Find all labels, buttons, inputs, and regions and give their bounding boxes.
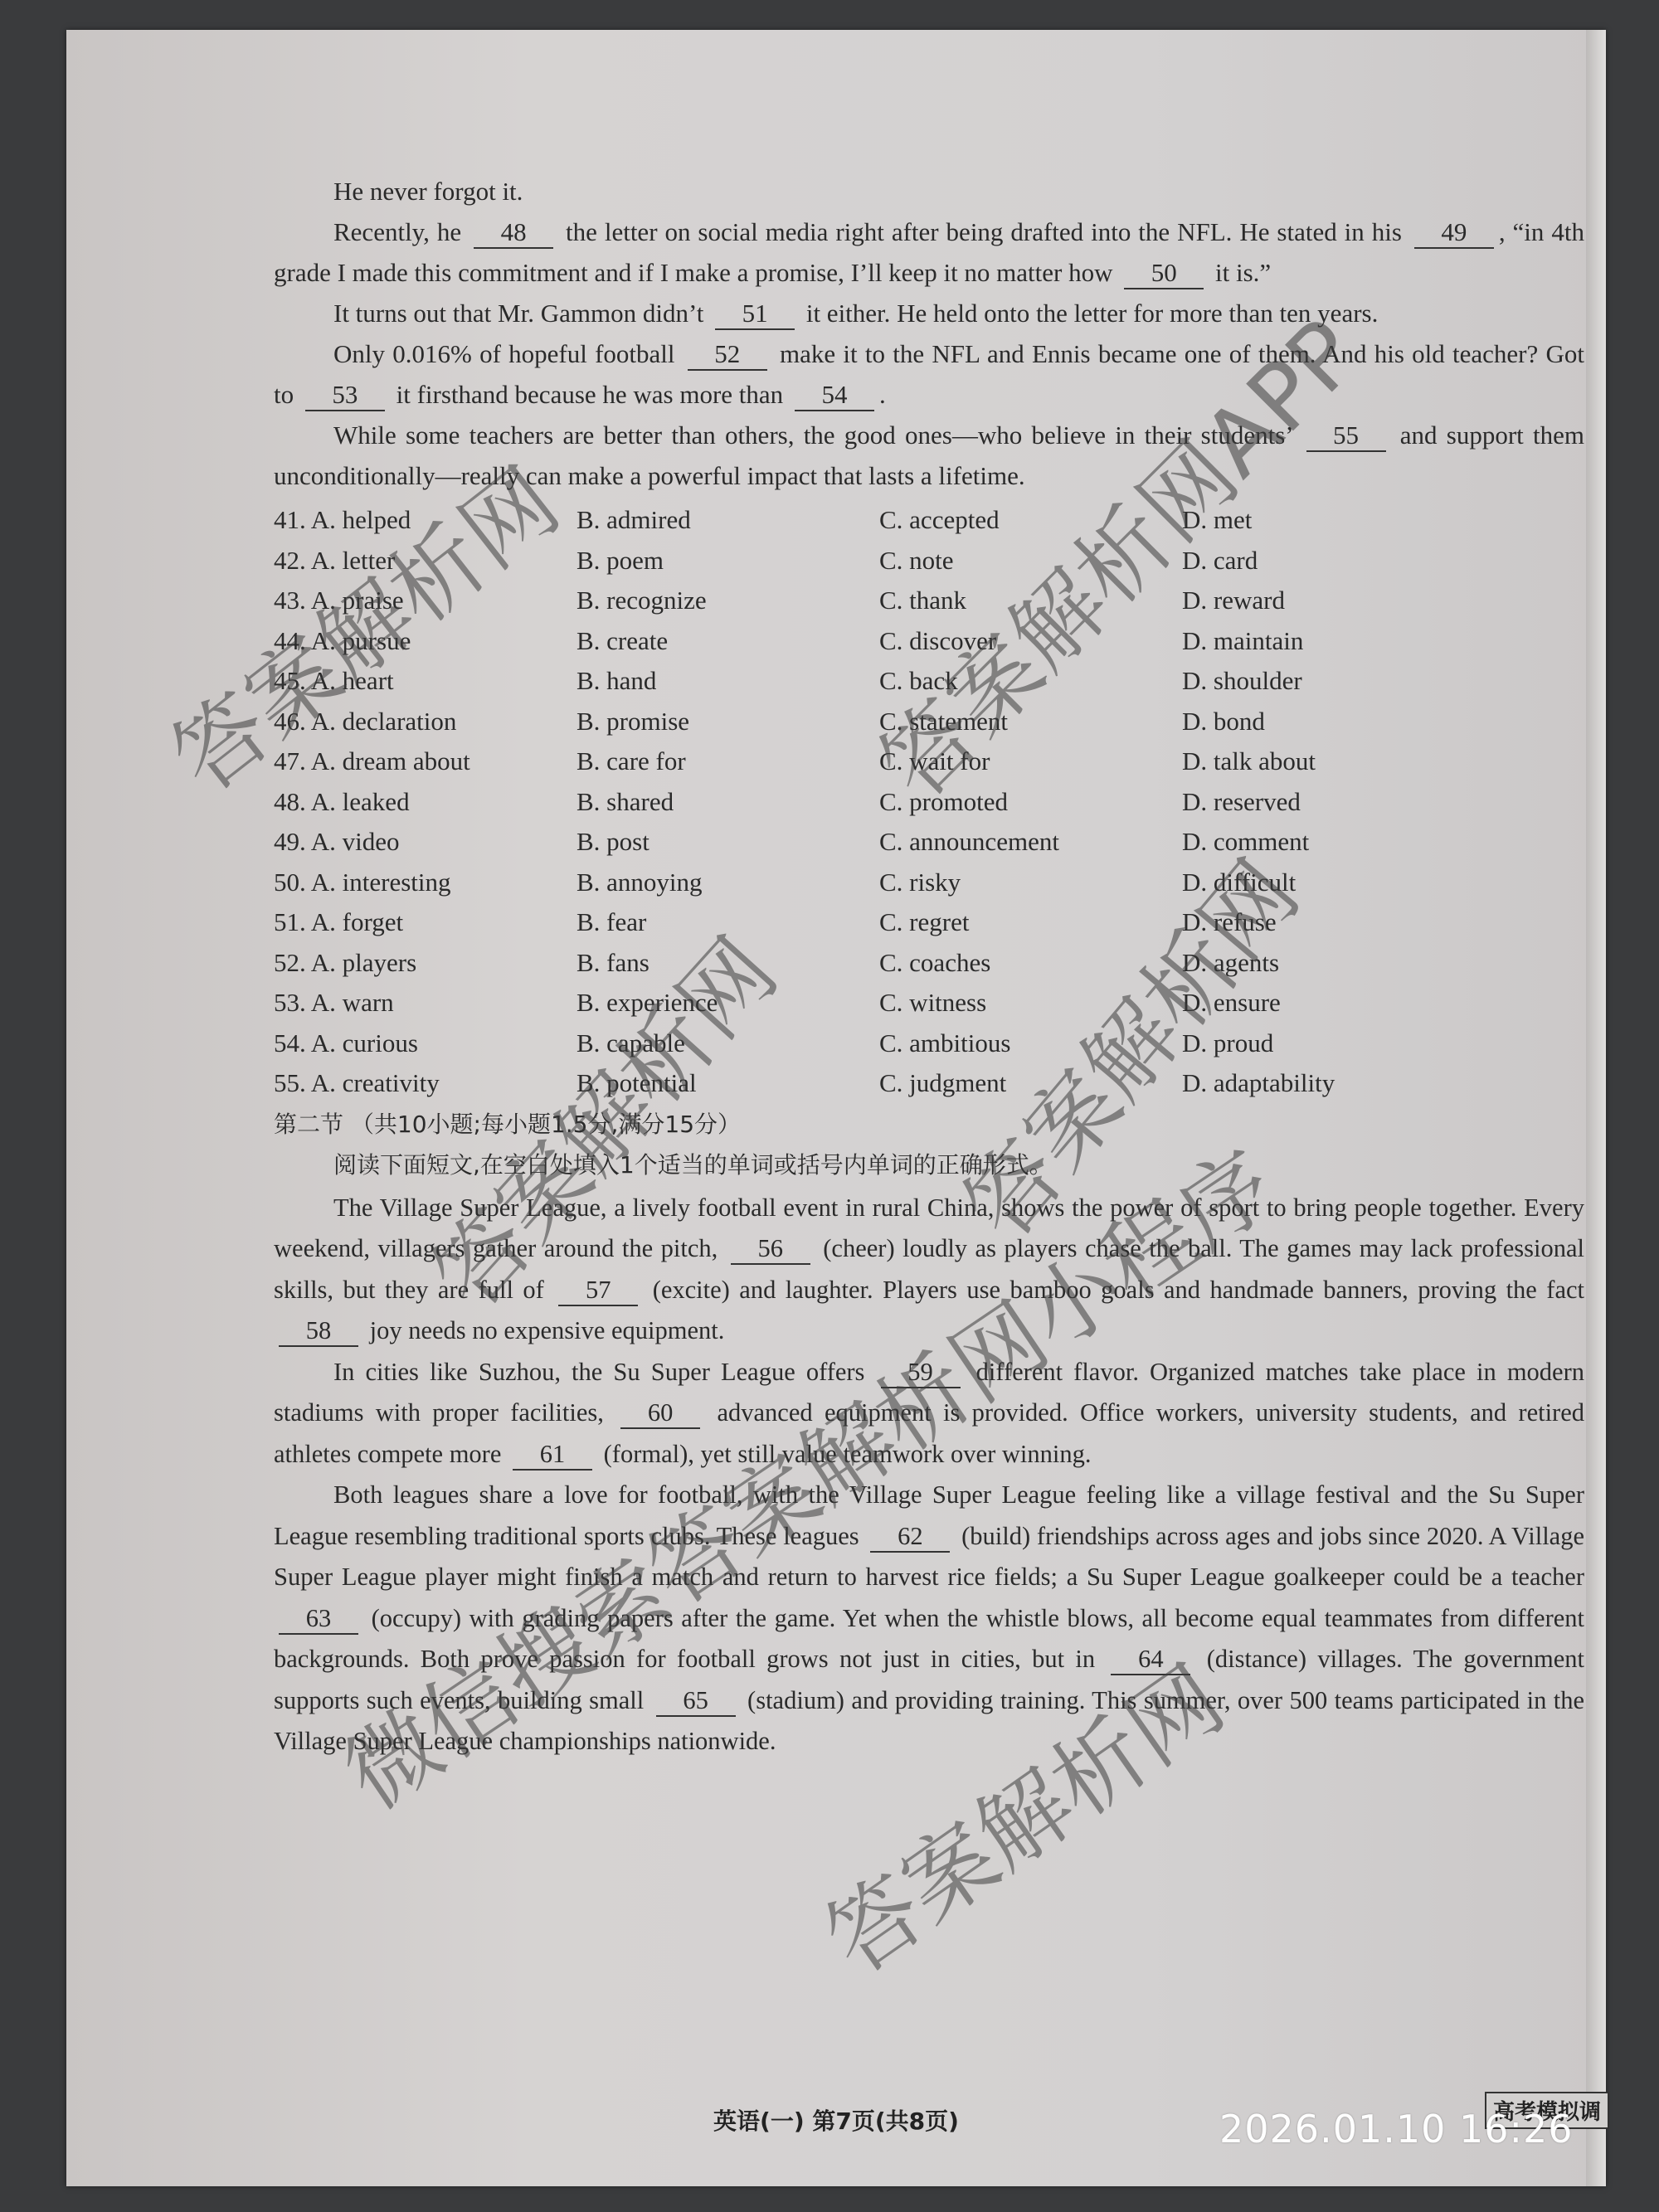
question-50-options: 50. A. interestingB. annoyingC. riskyD. …	[274, 862, 1584, 902]
option-a: 46. A. declaration	[274, 701, 577, 741]
option-d: D. met	[1182, 499, 1485, 540]
cloze-passage: He never forgot it.Recently, he 48 the l…	[274, 171, 1584, 496]
blank-49: 49	[1414, 217, 1494, 249]
option-a: 54. A. curious	[274, 1023, 577, 1063]
option-a: 45. A. heart	[274, 660, 577, 701]
option-d: D. card	[1182, 540, 1485, 581]
option-a: 41. A. helped	[274, 499, 577, 540]
option-a: 55. A. creativity	[274, 1062, 577, 1103]
question-55-options: 55. A. creativityB. potentialC. judgment…	[274, 1062, 1584, 1103]
option-b: B. potential	[577, 1062, 879, 1103]
option-c: C. accepted	[879, 499, 1182, 540]
paragraph: The Village Super League, a lively footb…	[274, 1188, 1584, 1352]
paragraph: Only 0.016% of hopeful football 52 make …	[274, 333, 1584, 415]
options-list: 41. A. helpedB. admiredC. acceptedD. met…	[274, 499, 1584, 1103]
question-45-options: 45. A. heartB. handC. backD. shoulder	[274, 660, 1584, 701]
question-48-options: 48. A. leakedB. sharedC. promotedD. rese…	[274, 781, 1584, 822]
option-a: 44. A. pursue	[274, 620, 577, 661]
paragraph: Recently, he 48 the letter on social med…	[274, 211, 1584, 293]
question-54-options: 54. A. curiousB. capableC. ambitiousD. p…	[274, 1023, 1584, 1063]
option-d: D. reward	[1182, 580, 1485, 620]
option-c: C. judgment	[879, 1062, 1182, 1103]
blank-58: 58	[279, 1315, 358, 1347]
option-b: B. post	[577, 821, 879, 862]
option-b: B. poem	[577, 540, 879, 581]
paragraph: In cities like Suzhou, the Su Super Leag…	[274, 1352, 1584, 1475]
question-47-options: 47. A. dream aboutB. care forC. wait for…	[274, 741, 1584, 781]
blank-57: 57	[558, 1275, 638, 1306]
question-53-options: 53. A. warnB. experienceC. witnessD. ens…	[274, 982, 1584, 1023]
option-c: C. discover	[879, 620, 1182, 661]
blank-50: 50	[1124, 258, 1204, 289]
option-b: B. care for	[577, 741, 879, 781]
option-a: 52. A. players	[274, 942, 577, 983]
question-49-options: 49. A. videoB. postC. announcementD. com…	[274, 821, 1584, 862]
option-a: 47. A. dream about	[274, 741, 577, 781]
blank-56: 56	[731, 1233, 810, 1265]
paragraph: Both leagues share a love for football, …	[274, 1475, 1584, 1762]
option-c: C. thank	[879, 580, 1182, 620]
option-b: B. annoying	[577, 862, 879, 902]
option-c: C. statement	[879, 701, 1182, 741]
blank-59: 59	[881, 1357, 961, 1388]
question-51-options: 51. A. forgetB. fearC. regretD. refuse	[274, 902, 1584, 942]
option-b: B. fear	[577, 902, 879, 942]
option-b: B. promise	[577, 701, 879, 741]
section-2-heading: 第二节 （共10小题;每小题1.5分,满分15分）	[274, 1105, 1584, 1145]
question-43-options: 43. A. praiseB. recognizeC. thankD. rewa…	[274, 580, 1584, 620]
option-c: C. back	[879, 660, 1182, 701]
blank-53: 53	[305, 380, 385, 411]
option-d: D. bond	[1182, 701, 1485, 741]
question-41-options: 41. A. helpedB. admiredC. acceptedD. met	[274, 499, 1584, 540]
blank-52: 52	[688, 339, 767, 371]
option-d: D. adaptability	[1182, 1062, 1485, 1103]
question-42-options: 42. A. letterB. poemC. noteD. card	[274, 540, 1584, 581]
paragraph: It turns out that Mr. Gammon didn’t 51 i…	[274, 293, 1584, 333]
option-d: D. comment	[1182, 821, 1485, 862]
paper-edge	[1586, 30, 1606, 2186]
exam-paper: He never forgot it.Recently, he 48 the l…	[66, 30, 1606, 2186]
option-a: 48. A. leaked	[274, 781, 577, 822]
option-d: D. shoulder	[1182, 660, 1485, 701]
question-46-options: 46. A. declarationB. promiseC. statement…	[274, 701, 1584, 741]
option-b: B. create	[577, 620, 879, 661]
option-b: B. admired	[577, 499, 879, 540]
option-c: C. announcement	[879, 821, 1182, 862]
option-d: D. difficult	[1182, 862, 1485, 902]
option-a: 50. A. interesting	[274, 862, 577, 902]
option-b: B. hand	[577, 660, 879, 701]
option-c: C. risky	[879, 862, 1182, 902]
option-a: 53. A. warn	[274, 982, 577, 1023]
page-content: He never forgot it.Recently, he 48 the l…	[274, 171, 1584, 1762]
option-b: B. fans	[577, 942, 879, 983]
option-d: D. talk about	[1182, 741, 1485, 781]
blank-54: 54	[795, 380, 874, 411]
option-c: C. witness	[879, 982, 1182, 1023]
grammar-fill-passage: The Village Super League, a lively footb…	[274, 1188, 1584, 1762]
section-2-instruction: 阅读下面短文,在空白处填入1个适当的单词或括号内单词的正确形式。	[274, 1145, 1584, 1186]
option-d: D. proud	[1182, 1023, 1485, 1063]
option-d: D. agents	[1182, 942, 1485, 983]
option-b: B. shared	[577, 781, 879, 822]
option-b: B. experience	[577, 982, 879, 1023]
option-a: 42. A. letter	[274, 540, 577, 581]
option-c: C. promoted	[879, 781, 1182, 822]
option-c: C. wait for	[879, 741, 1182, 781]
blank-60: 60	[620, 1398, 700, 1429]
option-c: C. ambitious	[879, 1023, 1182, 1063]
question-44-options: 44. A. pursueB. createC. discoverD. main…	[274, 620, 1584, 661]
photo-timestamp: 2026.01.10 16:26	[1219, 2107, 1574, 2151]
blank-51: 51	[715, 299, 795, 330]
option-d: D. maintain	[1182, 620, 1485, 661]
option-d: D. ensure	[1182, 982, 1485, 1023]
blank-63: 63	[279, 1603, 358, 1635]
blank-61: 61	[513, 1439, 592, 1471]
blank-62: 62	[870, 1521, 950, 1553]
option-d: D. refuse	[1182, 902, 1485, 942]
blank-64: 64	[1111, 1644, 1190, 1675]
option-b: B. recognize	[577, 580, 879, 620]
option-b: B. capable	[577, 1023, 879, 1063]
option-c: C. coaches	[879, 942, 1182, 983]
option-a: 49. A. video	[274, 821, 577, 862]
option-d: D. reserved	[1182, 781, 1485, 822]
paragraph: While some teachers are better than othe…	[274, 415, 1584, 496]
paragraph: He never forgot it.	[274, 171, 1584, 211]
option-c: C. note	[879, 540, 1182, 581]
blank-65: 65	[656, 1685, 736, 1717]
question-52-options: 52. A. playersB. fansC. coachesD. agents	[274, 942, 1584, 983]
option-a: 43. A. praise	[274, 580, 577, 620]
option-a: 51. A. forget	[274, 902, 577, 942]
blank-55: 55	[1306, 421, 1386, 452]
option-c: C. regret	[879, 902, 1182, 942]
blank-48: 48	[474, 217, 553, 249]
